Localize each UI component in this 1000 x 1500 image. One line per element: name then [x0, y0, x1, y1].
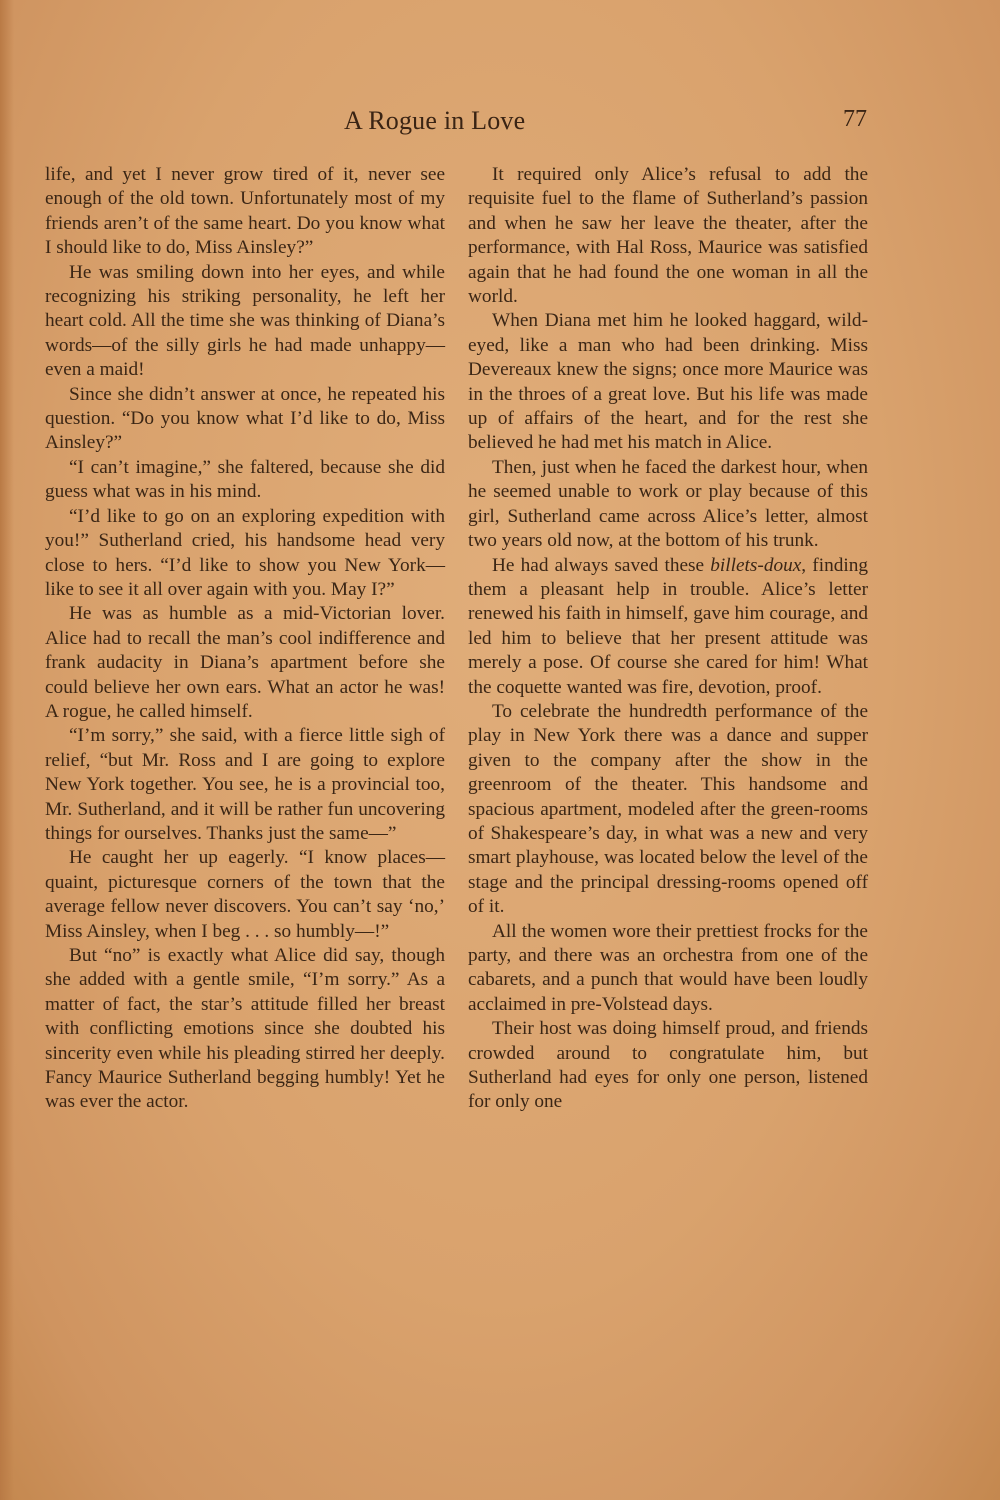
- right-column: It required only Alice’s refusal to add …: [468, 163, 868, 1115]
- text-run: He had always saved these: [492, 555, 710, 576]
- paragraph: He was as humble as a mid-Victorian love…: [45, 602, 445, 724]
- paragraph: Then, just when he faced the darkest hou…: [468, 456, 868, 554]
- paragraph: “I can’t imagine,” she faltered, because…: [45, 456, 445, 505]
- paragraph-with-italic: He had always saved these billets-doux, …: [468, 554, 868, 700]
- paragraph: Since she didn’t answer at once, he repe…: [45, 383, 445, 456]
- paragraph: All the women wore their prettiest frock…: [468, 920, 868, 1018]
- paragraph: He caught her up eagerly. “I know places…: [45, 846, 445, 944]
- page-header: A Rogue in Love 77: [0, 106, 1000, 146]
- paragraph: “I’m sorry,” she said, with a fierce lit…: [45, 724, 445, 846]
- paragraph: Their host was doing himself proud, and …: [468, 1017, 868, 1115]
- paragraph: To celebrate the hundredth performance o…: [468, 700, 868, 920]
- left-column: life, and yet I never grow tired of it, …: [45, 163, 445, 1115]
- paragraph: It required only Alice’s refusal to add …: [468, 163, 868, 309]
- italic-phrase: billets-doux: [710, 555, 801, 576]
- page-number: 77: [843, 106, 867, 133]
- running-title: A Rogue in Love: [344, 106, 525, 136]
- paragraph: But “no” is exactly what Alice did say, …: [45, 944, 445, 1115]
- paragraph: life, and yet I never grow tired of it, …: [45, 163, 445, 261]
- paragraph: When Diana met him he looked haggard, wi…: [468, 309, 868, 455]
- paragraph: “I’d like to go on an exploring expediti…: [45, 505, 445, 603]
- paragraph: He was smiling down into her eyes, and w…: [45, 261, 445, 383]
- page-edge-shadow: [0, 0, 14, 1500]
